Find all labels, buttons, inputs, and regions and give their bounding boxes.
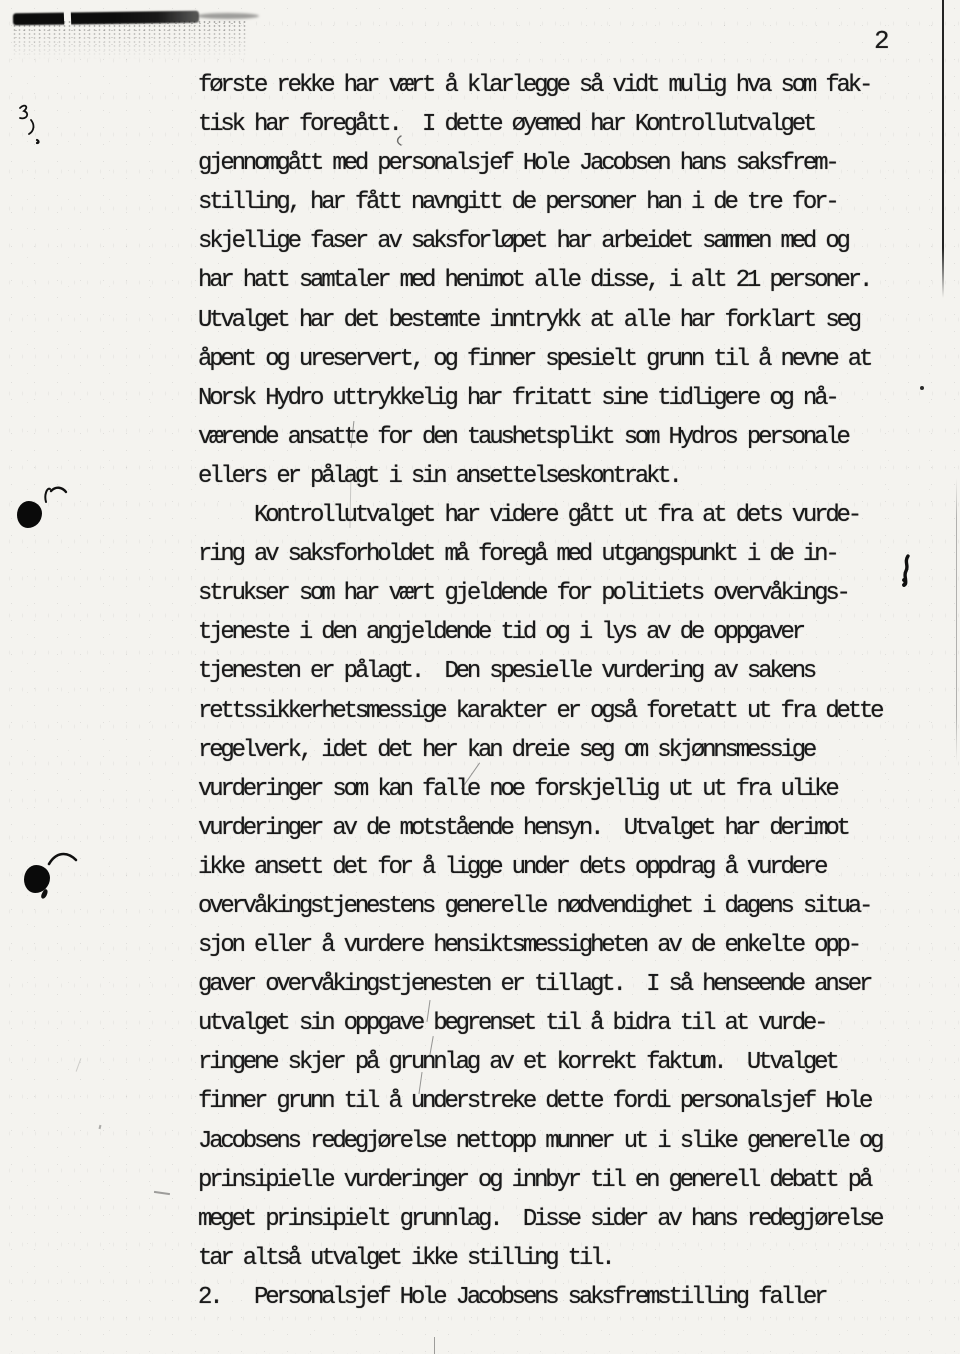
text-line-7: Utvalget har det bestemte inntrykk at al…: [198, 301, 881, 340]
text-line-19: vurderinger som kan falle noe forskjelli…: [198, 770, 881, 809]
text-line-12: Kontrollutvalget har videre gått ut fra …: [198, 496, 881, 535]
text-line-26: ringene skjer på grunnlag av et korrekt …: [198, 1043, 881, 1082]
text-line-2: tisk har foregått. I dette øyemed har Ko…: [198, 105, 881, 144]
ink-blot-2: [24, 865, 50, 893]
text-line-4: stilling, har fått navngitt de personer …: [198, 183, 881, 222]
page-edge-line-top: [942, 0, 944, 298]
margin-dash: [154, 1191, 170, 1195]
ink-squiggle-1: [42, 482, 70, 504]
text-line-31: tar altså utvalget ikke stilling til.: [198, 1239, 881, 1278]
text-line-15: tjeneste i den angjeldende tid og i lys …: [198, 613, 881, 652]
text-line-17: rettssikkerhetsmessige karakter er også …: [198, 692, 881, 731]
bottom-edge-tick: [434, 1337, 435, 1354]
text-line-3: gjennomgått med personalsjef Hole Jacobs…: [198, 144, 881, 183]
ink-blot-1: [17, 501, 42, 528]
text-line-8: åpent og ureservert, og finner spesielt …: [198, 340, 881, 379]
text-line-30: meget prinsipielt grunnlag. Disse sider …: [198, 1200, 881, 1239]
text-line-23: sjon eller å vurdere hensiktsmessigheten…: [198, 926, 881, 965]
page-edge-line-mid: [956, 478, 957, 762]
text-line-18: regelverk, idet det her kan dreie seg om…: [198, 731, 881, 770]
text-line-24: gaver overvåkingstjenesten er tillagt. I…: [198, 965, 881, 1004]
text-line-14: strukser som har vært gjeldende for poli…: [198, 574, 881, 613]
text-line-10: værende ansatte for den taushetsplikt so…: [198, 418, 881, 457]
text-line-9: Norsk Hydro uttrykkelig har fritatt sine…: [198, 379, 881, 418]
tiny-speck: [99, 1125, 102, 1129]
text-line-16: tjenesten er pålagt. Den spesielle vurde…: [198, 652, 881, 691]
scan-smudge-tail: [197, 13, 259, 19]
ink-arc-2: [47, 848, 79, 868]
scan-smudge-top-left: [13, 11, 199, 26]
text-line-21: ikke ansett det for å ligge under dets o…: [198, 848, 881, 887]
text-line-20: vurderinger av de motstående hensyn. Utv…: [198, 809, 881, 848]
text-line-22: overvåkingstjenestens generelle nødvendi…: [198, 887, 881, 926]
speck-dot-right: [920, 386, 924, 390]
scan-smudge-gap: [64, 9, 72, 27]
scan-smudge-speckles: [12, 20, 247, 64]
pen-marks-left-margin: [16, 100, 46, 150]
fold-crease-segment: [76, 1058, 82, 1072]
ink-squiggle-right: [899, 554, 913, 588]
page-number: 2: [874, 26, 888, 56]
text-line-25: utvalget sin oppgave begrenset til å bid…: [198, 1004, 881, 1043]
text-line-11: ellers er pålagt i sin ansettelseskontra…: [198, 457, 881, 496]
text-line-27: finner grunn til å understreke dette for…: [198, 1082, 881, 1121]
text-line-32: 2. Personalsjef Hole Jacobsens saksfrems…: [198, 1278, 881, 1317]
text-line-6: har hatt samtaler med henimot alle disse…: [198, 261, 881, 300]
document-text-block: første rekke har vært å klarlegge så vid…: [198, 66, 881, 1317]
text-line-29: prinsipielle vurderinger og innbyr til e…: [198, 1161, 881, 1200]
text-line-5: skjellige faser av saksforløpet har arbe…: [198, 222, 881, 261]
text-line-13: ring av saksforholdet må foregå med utga…: [198, 535, 881, 574]
text-line-28: Jacobsens redegjørelse nettopp munner ut…: [198, 1122, 881, 1161]
text-line-1: første rekke har vært å klarlegge så vid…: [198, 66, 881, 105]
